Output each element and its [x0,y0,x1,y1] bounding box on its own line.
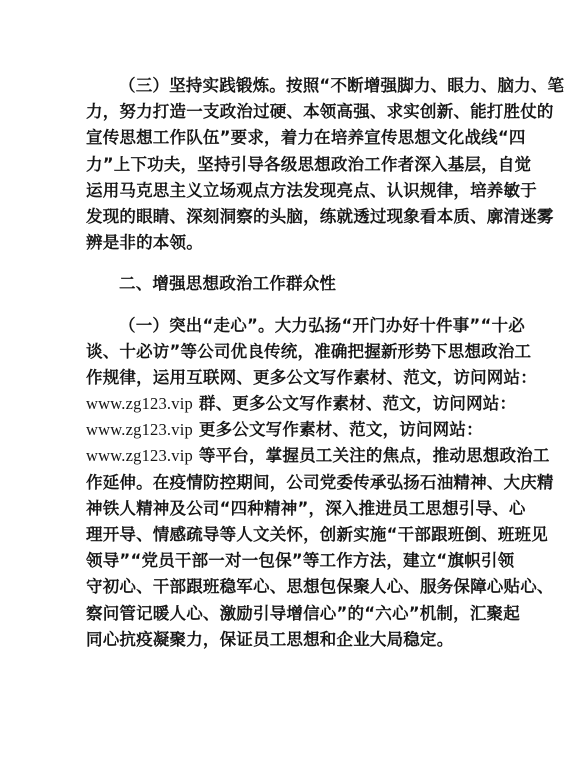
website-link[interactable]: www.zg123.vip [86,394,193,413]
text-line: 力，努力打造一支政治过硬、本领高强、求实创新、能打胜仗的 [86,99,496,125]
text-fragment: 更多公文写作素材、范文，访问网站： [193,420,483,439]
website-link[interactable]: www.zg123.vip [86,420,193,439]
text-line: www.zg123.vip 更多公文写作素材、范文，访问网站： [86,417,496,443]
text-line: 辨是非的本领。 [86,230,496,256]
text-line: 领导”“党员干部一对一包保”等工作方法，建立“旗帜引领 [86,548,496,574]
text-line: （三）坚持实践锻炼。按照“不断增强脚力、眼力、脑力、笔 [86,73,496,99]
paragraph-practice-training: （三）坚持实践锻炼。按照“不断增强脚力、眼力、脑力、笔 力，努力打造一支政治过硬… [86,73,496,256]
text-line: www.zg123.vip 群、更多公文写作素材、范文，访问网站： [86,391,496,417]
document-page: （三）坚持实践锻炼。按照“不断增强脚力、眼力、脑力、笔 力，努力打造一支政治过硬… [86,73,496,653]
text-line: 同心抗疫凝聚力，保证员工思想和企业大局稳定。 [86,627,496,653]
text-line: 理开导、情感疏导等人文关怀，创新实施“干部跟班倒、班班见 [86,522,496,548]
text-fragment: 群、更多公文写作素材、范文，访问网站： [193,394,516,413]
text-line: 谈、十必访”等公司优良传统，准确把握新形势下思想政治工 [86,339,496,365]
text-line: www.zg123.vip 等平台，掌握员工关注的焦点，推动思想政治工 [86,443,496,469]
text-line: 守初心、干部跟班稳军心、思想包保聚人心、服务保障心贴心、 [86,574,496,600]
section-heading: 二、增强思想政治工作群众性 [86,271,496,297]
spacer [86,298,496,313]
text-line: 宣传思想工作队伍”要求，着力在培养宣传思想文化战线“四 [86,125,496,151]
spacer [86,256,496,271]
text-line: （一）突出“走心”。大力弘扬“开门办好十件事”“十必 [86,313,496,339]
text-line: 作延伸。在疫情防控期间，公司党委传承弘扬石油精神、大庆精 [86,470,496,496]
text-line: 运用马克思主义立场观点方法发现亮点、认识规律，培养敏于 [86,178,496,204]
text-line: 神铁人精神及公司“四种精神”，深入推进员工思想引导、心 [86,496,496,522]
text-line: 发现的眼睛、深刻洞察的头脑，练就透过现象看本质、廓清迷雾 [86,204,496,230]
paragraph-focus-heart: （一）突出“走心”。大力弘扬“开门办好十件事”“十必 谈、十必访”等公司优良传统… [86,313,496,653]
text-line: 作规律，运用互联网、更多公文写作素材、范文，访问网站： [86,365,496,391]
text-line: 力”上下功夫，坚持引导各级思想政治工作者深入基层，自觉 [86,152,496,178]
website-link[interactable]: www.zg123.vip [86,446,193,465]
text-line: 察问管记暖人心、激励引导增信心”的“六心”机制，汇聚起 [86,601,496,627]
text-fragment: 等平台，掌握员工关注的焦点，推动思想政治工 [193,446,550,465]
